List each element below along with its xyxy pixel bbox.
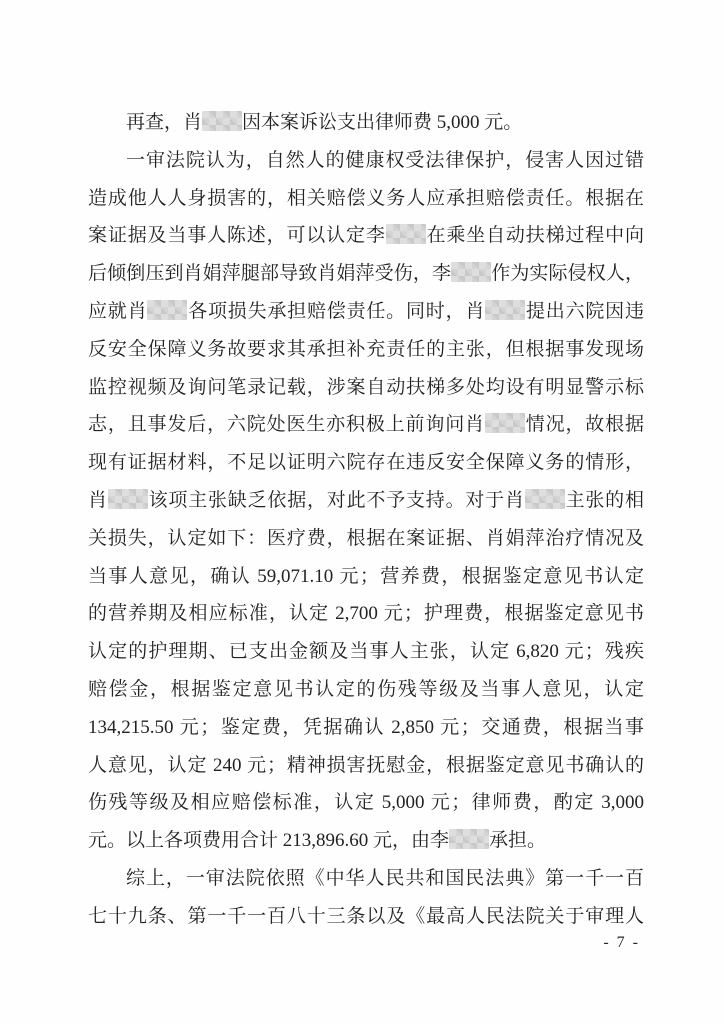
text-line: 一审法院认为，自然人的健康权受法律保护，侵害人因过错 xyxy=(88,142,644,180)
text-line: 伤残等级及相应赔偿标准，认定 5,000 元；律师费，酌定 3,000 xyxy=(88,784,644,822)
text-segment: 现有证据材料，不足以证明六院存在违反安全保障义务的情形， xyxy=(88,452,644,473)
redaction-block xyxy=(525,489,565,509)
text-line: 当事人意见，确认 59,071.10 元；营养费，根据鉴定意见书认定 xyxy=(88,558,644,596)
text-segment: 赔偿金，根据鉴定意见书认定的伤残等级及当事人意见，认定 xyxy=(88,679,644,700)
text-segment: 提出六院因违 xyxy=(525,301,644,322)
text-segment: 在乘坐自动扶梯过程中向 xyxy=(426,225,644,246)
text-line: 反安全保障义务故要求其承担补充责任的主张，但根据事发现场 xyxy=(88,331,644,369)
text-line: 人意见，认定 240 元；精神损害抚慰金，根据鉴定意见书确认的 xyxy=(88,747,644,785)
redaction-block xyxy=(451,262,491,282)
redaction-block xyxy=(485,413,525,433)
redaction-block xyxy=(386,224,426,244)
text-segment: 七十九条、第一千一百八十三条以及《最高人民法院关于审理人 xyxy=(88,906,644,927)
text-segment: 当事人意见，确认 59,071.10 元；营养费，根据鉴定意见书认定 xyxy=(88,566,644,587)
text-line: 元。以上各项费用合计 213,896.60 元，由李承担。 xyxy=(88,822,644,860)
text-segment: 肖 xyxy=(88,490,108,511)
text-segment: 作为实际侵权人， xyxy=(491,263,644,284)
redaction-block xyxy=(147,300,187,320)
text-line: 监控视频及询问笔录记载，涉案自动扶梯多处均设有明显警示标 xyxy=(88,369,644,407)
text-segment: 元。以上各项费用合计 213,896.60 元，由李 xyxy=(88,830,449,851)
text-line: 再查，肖因本案诉讼支出律师费 5,000 元。 xyxy=(88,104,644,142)
text-line: 综上，一审法院依照《中华人民共和国民法典》第一千一百 xyxy=(88,860,644,898)
text-line: 造成他人人身损害的，相关赔偿义务人应承担赔偿责任。根据在 xyxy=(88,180,644,218)
redaction-block xyxy=(449,829,489,849)
text-segment: 监控视频及询问笔录记载，涉案自动扶梯多处均设有明显警示标 xyxy=(88,377,644,398)
text-line: 关损失，认定如下：医疗费，根据在案证据、肖娟萍治疗情况及 xyxy=(88,520,644,558)
text-line: 后倾倒压到肖娟萍腿部导致肖娟萍受伤，李作为实际侵权人， xyxy=(88,255,644,293)
text-segment: 志，且事发后，六院处医生亦积极上前询问肖 xyxy=(88,414,485,435)
text-line: 的营养期及相应标准，认定 2,700 元；护理费，根据鉴定意见书 xyxy=(88,595,644,633)
text-segment: 再查，肖 xyxy=(126,112,202,133)
text-segment: 134,215.50 元；鉴定费，凭据确认 2,850 元；交通费，根据当事 xyxy=(88,717,644,738)
redaction-block xyxy=(108,489,148,509)
document-body: 再查，肖因本案诉讼支出律师费 5,000 元。一审法院认为，自然人的健康权受法律… xyxy=(88,104,644,936)
scanned-document-page: 再查，肖因本案诉讼支出律师费 5,000 元。一审法院认为，自然人的健康权受法律… xyxy=(0,0,724,1024)
text-segment: 综上，一审法院依照《中华人民共和国民法典》第一千一百 xyxy=(126,868,644,889)
text-segment: 因本案诉讼支出律师费 5,000 元。 xyxy=(242,112,522,133)
text-segment: 认定的护理期、已支出金额及当事人主张，认定 6,820 元；残疾 xyxy=(88,641,644,662)
text-segment: 该项主张缺乏依据，对此不予支持。对于肖 xyxy=(148,490,525,511)
text-segment: 关损失，认定如下：医疗费，根据在案证据、肖娟萍治疗情况及 xyxy=(88,528,644,549)
redaction-block xyxy=(202,111,242,131)
text-line: 赔偿金，根据鉴定意见书认定的伤残等级及当事人意见，认定 xyxy=(88,671,644,709)
text-line: 应就肖各项损失承担赔偿责任。同时，肖提出六院因违 xyxy=(88,293,644,331)
text-segment: 案证据及当事人陈述，可以认定李 xyxy=(88,225,386,246)
text-line: 认定的护理期、已支出金额及当事人主张，认定 6,820 元；残疾 xyxy=(88,633,644,671)
text-segment: 承担。 xyxy=(489,830,546,851)
text-segment: 反安全保障义务故要求其承担补充责任的主张，但根据事发现场 xyxy=(88,339,644,360)
text-line: 七十九条、第一千一百八十三条以及《最高人民法院关于审理人 xyxy=(88,898,644,936)
text-segment: 后倾倒压到肖娟萍腿部导致肖娟萍受伤，李 xyxy=(88,263,451,284)
text-line: 志，且事发后，六院处医生亦积极上前询问肖情况，故根据 xyxy=(88,406,644,444)
text-segment: 情况，故根据 xyxy=(525,414,644,435)
text-segment: 一审法院认为，自然人的健康权受法律保护，侵害人因过错 xyxy=(126,150,644,171)
text-line: 案证据及当事人陈述，可以认定李在乘坐自动扶梯过程中向 xyxy=(88,217,644,255)
text-segment: 造成他人人身损害的，相关赔偿义务人应承担赔偿责任。根据在 xyxy=(88,188,644,209)
text-segment: 人意见，认定 240 元；精神损害抚慰金，根据鉴定意见书确认的 xyxy=(88,755,644,776)
text-line: 肖该项主张缺乏依据，对此不予支持。对于肖主张的相 xyxy=(88,482,644,520)
page-number: - 7 - xyxy=(0,934,640,952)
text-segment: 的营养期及相应标准，认定 2,700 元；护理费，根据鉴定意见书 xyxy=(88,603,644,624)
text-segment: 应就肖 xyxy=(88,301,147,322)
text-segment: 各项损失承担赔偿责任。同时，肖 xyxy=(187,301,485,322)
text-line: 现有证据材料，不足以证明六院存在违反安全保障义务的情形， xyxy=(88,444,644,482)
text-segment: 伤残等级及相应赔偿标准，认定 5,000 元；律师费，酌定 3,000 xyxy=(88,792,644,813)
redaction-block xyxy=(485,300,525,320)
text-segment: 主张的相 xyxy=(565,490,644,511)
text-line: 134,215.50 元；鉴定费，凭据确认 2,850 元；交通费，根据当事 xyxy=(88,709,644,747)
